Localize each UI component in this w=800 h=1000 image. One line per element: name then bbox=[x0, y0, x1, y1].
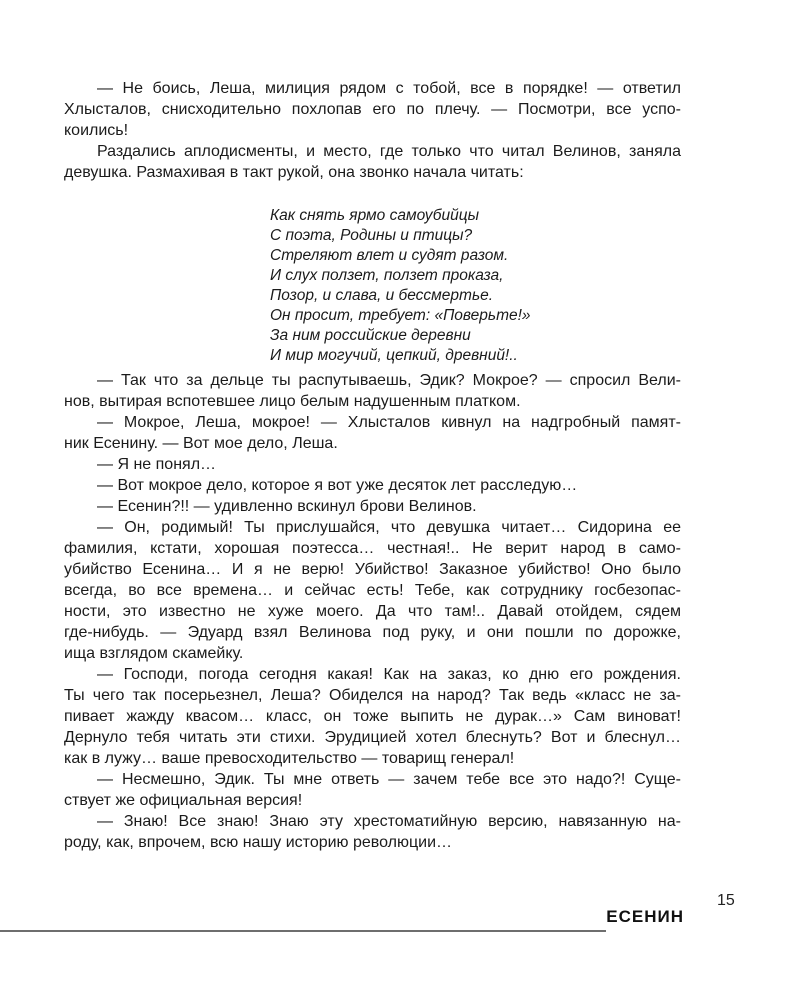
text-line: — Несмешно, Эдик. Ты мне ответь — зачем … bbox=[64, 769, 681, 790]
text-line: как в лужу… ваше превосходительство — то… bbox=[64, 748, 681, 769]
text-line: — Не боись, Леша, милиция рядом с тобой,… bbox=[64, 78, 681, 99]
footer-rule bbox=[0, 930, 606, 932]
paragraph: — Господи, погода сегодня какая! Как на … bbox=[64, 664, 681, 769]
text-line: ствует же официальная версия! bbox=[64, 790, 681, 811]
poem-line: Позор, и слава, и бессмертье. bbox=[270, 286, 681, 306]
paragraph: — Я не понял… bbox=[64, 454, 681, 475]
poem-line: Стреляют влет и судят разом. bbox=[270, 246, 681, 266]
text-line: ник Есенину. — Вот мое дело, Леша. bbox=[64, 433, 681, 454]
paragraph: — Мокрое, Леша, мокрое! — Хлысталов кивн… bbox=[64, 412, 681, 454]
text-line: — Вот мокрое дело, которое я вот уже дес… bbox=[64, 475, 681, 496]
paragraph: — Не боись, Леша, милиция рядом с тобой,… bbox=[64, 78, 681, 141]
poem-line: С поэта, Родины и птицы? bbox=[270, 226, 681, 246]
text-line: где-нибудь. — Эдуард взял Велинова под р… bbox=[64, 622, 681, 643]
text-line: Дернуло тебя читать эти стихи. Эрудицией… bbox=[64, 727, 681, 748]
text-line: — Мокрое, Леша, мокрое! — Хлысталов кивн… bbox=[64, 412, 681, 433]
paragraph: — Он, родимый! Ты прислушайся, что девуш… bbox=[64, 517, 681, 664]
text-line: — Я не понял… bbox=[64, 454, 681, 475]
poem-line: И слух ползет, ползет проказа, bbox=[270, 266, 681, 286]
poem: Как снять ярмо самоубийцыС поэта, Родины… bbox=[270, 206, 681, 366]
text-line: — Он, родимый! Ты прислушайся, что девуш… bbox=[64, 517, 681, 538]
paragraph: — Знаю! Все знаю! Знаю эту хрестоматийну… bbox=[64, 811, 681, 853]
text-line: Раздались аплодисменты, и место, где тол… bbox=[64, 141, 681, 162]
text-line: — Знаю! Все знаю! Знаю эту хрестоматийну… bbox=[64, 811, 681, 832]
text-line: Ты чего так посерьезнел, Леша? Обиделся … bbox=[64, 685, 681, 706]
text-line: ища взглядом скамейку. bbox=[64, 643, 681, 664]
text-line: пивает жажду квасом… класс, он тоже выпи… bbox=[64, 706, 681, 727]
book-page: — Не боись, Леша, милиция рядом с тобой,… bbox=[0, 0, 800, 1000]
text-line: ности, это известно не хуже моего. Да чт… bbox=[64, 601, 681, 622]
page-number: 15 bbox=[717, 892, 735, 910]
paragraph: — Вот мокрое дело, которое я вот уже дес… bbox=[64, 475, 681, 496]
poem-line: Он просит, требует: «Поверьте!» bbox=[270, 306, 681, 326]
text-column: — Не боись, Леша, милиция рядом с тобой,… bbox=[64, 78, 681, 853]
text-line: девушка. Размахивая в такт рукой, она зв… bbox=[64, 162, 681, 183]
text-line: убийство Есенина… И я не верю! Убийство!… bbox=[64, 559, 681, 580]
paragraph: — Несмешно, Эдик. Ты мне ответь — зачем … bbox=[64, 769, 681, 811]
text-line: фамилия, кстати, хорошая поэтесса… честн… bbox=[64, 538, 681, 559]
text-line: — Так что за дельце ты распутываешь, Эди… bbox=[64, 370, 681, 391]
paragraph: — Есенин?!! — удивленно вскинул брови Ве… bbox=[64, 496, 681, 517]
poem-line: И мир могучий, цепкий, древний!.. bbox=[270, 346, 681, 366]
text-line: Хлысталов, снисходительно похлопав его п… bbox=[64, 99, 681, 120]
text-line: нов, вытирая вспотевшее лицо белым надуш… bbox=[64, 391, 681, 412]
running-title: ЕСЕНИН bbox=[606, 907, 684, 927]
text-line: — Господи, погода сегодня какая! Как на … bbox=[64, 664, 681, 685]
poem-line: Как снять ярмо самоубийцы bbox=[270, 206, 681, 226]
paragraph: — Так что за дельце ты распутываешь, Эди… bbox=[64, 370, 681, 412]
paragraph: Раздались аплодисменты, и место, где тол… bbox=[64, 141, 681, 183]
text-line: коились! bbox=[64, 120, 681, 141]
text-line: — Есенин?!! — удивленно вскинул брови Ве… bbox=[64, 496, 681, 517]
poem-line: За ним российские деревни bbox=[270, 326, 681, 346]
text-line: всегда, во все времена… и сейчас есть! Т… bbox=[64, 580, 681, 601]
text-line: роду, как, впрочем, всю нашу историю рев… bbox=[64, 832, 681, 853]
